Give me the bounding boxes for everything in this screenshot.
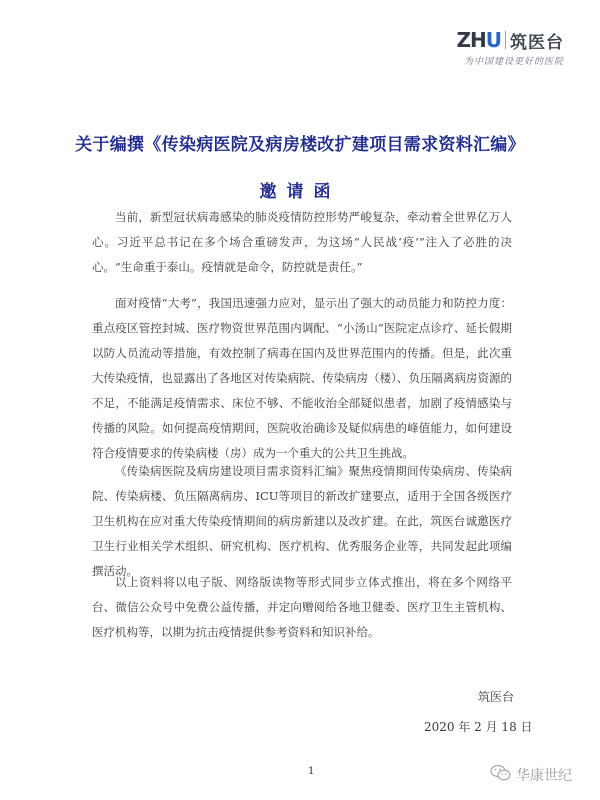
- wechat-watermark: 华康世纪: [490, 764, 572, 786]
- page-number: 1: [308, 766, 314, 777]
- watermark-text: 华康世纪: [516, 765, 572, 785]
- logo-latin: ZHU: [457, 28, 502, 52]
- paragraph-3: 《传染病医院及病房建设项目需求资料汇编》聚焦疫情期间传染病房、传染病院、传染病楼…: [92, 459, 512, 584]
- document-title: 关于编撰《传染病医院及病房楼改扩建项目需求资料汇编》: [0, 130, 600, 155]
- document-subtitle: 邀请函: [0, 177, 600, 202]
- brand-logo: ZHU 筑医台 为中国建设更好的医院: [424, 28, 564, 67]
- logo-chinese-name: 筑医台: [510, 28, 564, 53]
- logo-latin-prefix: ZH: [457, 28, 486, 52]
- paragraph-4: 以上资料将以电子版、网络版读物等形式同步立体式推出，将在多个网络平台、微信公众号…: [92, 570, 512, 645]
- logo-latin-accent: U: [486, 28, 501, 52]
- logo-divider: [505, 31, 506, 49]
- paragraph-2: 面对疫情“大考”，我国迅速强力应对，显示出了强大的动员能力和防控力度：重点疫区管…: [92, 291, 512, 466]
- signature: 筑医台: [478, 688, 514, 705]
- logo-mark: ZHU 筑医台: [424, 28, 564, 52]
- wechat-icon: [490, 764, 516, 786]
- signature-date: 2020 年 2 月 18 日: [424, 718, 533, 735]
- logo-slogan: 为中国建设更好的医院: [424, 54, 564, 67]
- paragraph-1: 当前，新型冠状病毒感染的肺炎疫情防控形势严峻复杂，牵动着全世界亿万人心。习近平总…: [92, 205, 512, 280]
